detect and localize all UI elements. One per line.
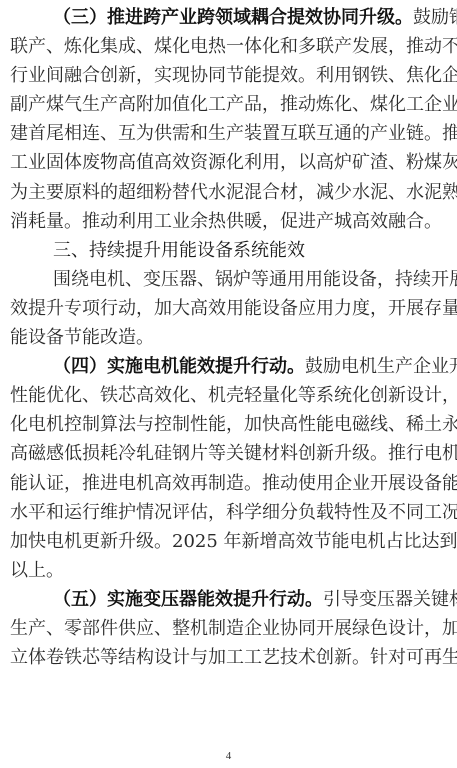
paragraph-4: （四）实施电机能效提升行动。鼓励电机生产企业开展 性能优化、铁芯高效化、机壳轻量… xyxy=(10,352,447,585)
paragraph-5: （五）实施变压器能效提升行动。引导变压器关键材料 生产、零部件供应、整机制造企业… xyxy=(10,585,447,672)
section-heading: 三、持续提升用能设备系统能效 xyxy=(10,236,447,265)
paragraph-line: （五）实施变压器能效提升行动。引导变压器关键材料 xyxy=(10,585,447,614)
paragraph-line: 立体卷铁芯等结构设计与加工工艺技术创新。针对可再生能 xyxy=(10,643,447,672)
paragraph-lead-title: （四）实施电机能效提升行动。 xyxy=(53,356,305,377)
paragraph-line: 消耗量。推动利用工业余热供暖，促进产城高效融合。 xyxy=(10,207,447,236)
paragraph-line: （三）推进跨产业跨领域耦合提效协同升级。鼓励钢化 xyxy=(10,3,447,32)
paragraph-text: 鼓励钢化 xyxy=(413,7,457,28)
paragraph-line: 为主要原料的超细粉替代水泥混合材，减少水泥、水泥熟料 xyxy=(10,178,447,207)
paragraph-line: 加快电机更新升级。2025 年新增高效节能电机占比达到 70% xyxy=(10,527,447,556)
paragraph-line: 副产煤气生产高附加值化工产品，推动炼化、煤化工企业构 xyxy=(10,90,447,119)
paragraph-text: 鼓励电机生产企业开展 xyxy=(305,356,457,377)
paragraph-line: 性能优化、铁芯高效化、机壳轻量化等系统化创新设计，优 xyxy=(10,381,447,410)
paragraph-intro: 围绕电机、变压器、锅炉等通用用能设备，持续开展能 效提升专项行动，加大高效用能设… xyxy=(10,265,447,352)
paragraph-line: 能设备节能改造。 xyxy=(10,323,447,352)
paragraph-line: （四）实施电机能效提升行动。鼓励电机生产企业开展 xyxy=(10,352,447,381)
paragraph-line: 生产、零部件供应、整机制造企业协同开展绿色设计，加强 xyxy=(10,614,447,643)
paragraph-text: 引导变压器关键材料 xyxy=(323,589,457,610)
paragraph-line: 行业间融合创新，实现协同节能提效。利用钢铁、焦化企业 xyxy=(10,61,447,90)
paragraph-line: 水平和运行维护情况评估，科学细分负载特性及不同工况， xyxy=(10,498,447,527)
paragraph-line: 高磁感低损耗冷轧硅钢片等关键材料创新升级。推行电机节 xyxy=(10,439,447,468)
paragraph-line: 围绕电机、变压器、锅炉等通用用能设备，持续开展能 xyxy=(10,265,447,294)
paragraph-lead-title: （五）实施变压器能效提升行动。 xyxy=(53,589,323,610)
page-number: 4 xyxy=(0,750,457,762)
paragraph-line: 联产、炼化集成、煤化电热一体化和多联产发展，推动不同 xyxy=(10,32,447,61)
document-page: （三）推进跨产业跨领域耦合提效协同升级。鼓励钢化 联产、炼化集成、煤化电热一体化… xyxy=(10,3,447,672)
paragraph-line: 能认证，推进电机高效再制造。推动使用企业开展设备能效 xyxy=(10,469,447,498)
paragraph-line: 工业固体废物高值高效资源化利用，以高炉矿渣、粉煤灰等 xyxy=(10,148,447,177)
paragraph-lead-title: （三）推进跨产业跨领域耦合提效协同升级。 xyxy=(53,7,413,28)
paragraph-3: （三）推进跨产业跨领域耦合提效协同升级。鼓励钢化 联产、炼化集成、煤化电热一体化… xyxy=(10,3,447,236)
paragraph-line: 建首尾相连、互为供需和生产装置互联互通的产业链。推动 xyxy=(10,119,447,148)
paragraph-line: 以上。 xyxy=(10,556,447,585)
paragraph-line: 化电机控制算法与控制性能，加快高性能电磁线、稀土永磁、 xyxy=(10,410,447,439)
paragraph-line: 效提升专项行动，加大高效用能设备应用力度，开展存量用 xyxy=(10,294,447,323)
